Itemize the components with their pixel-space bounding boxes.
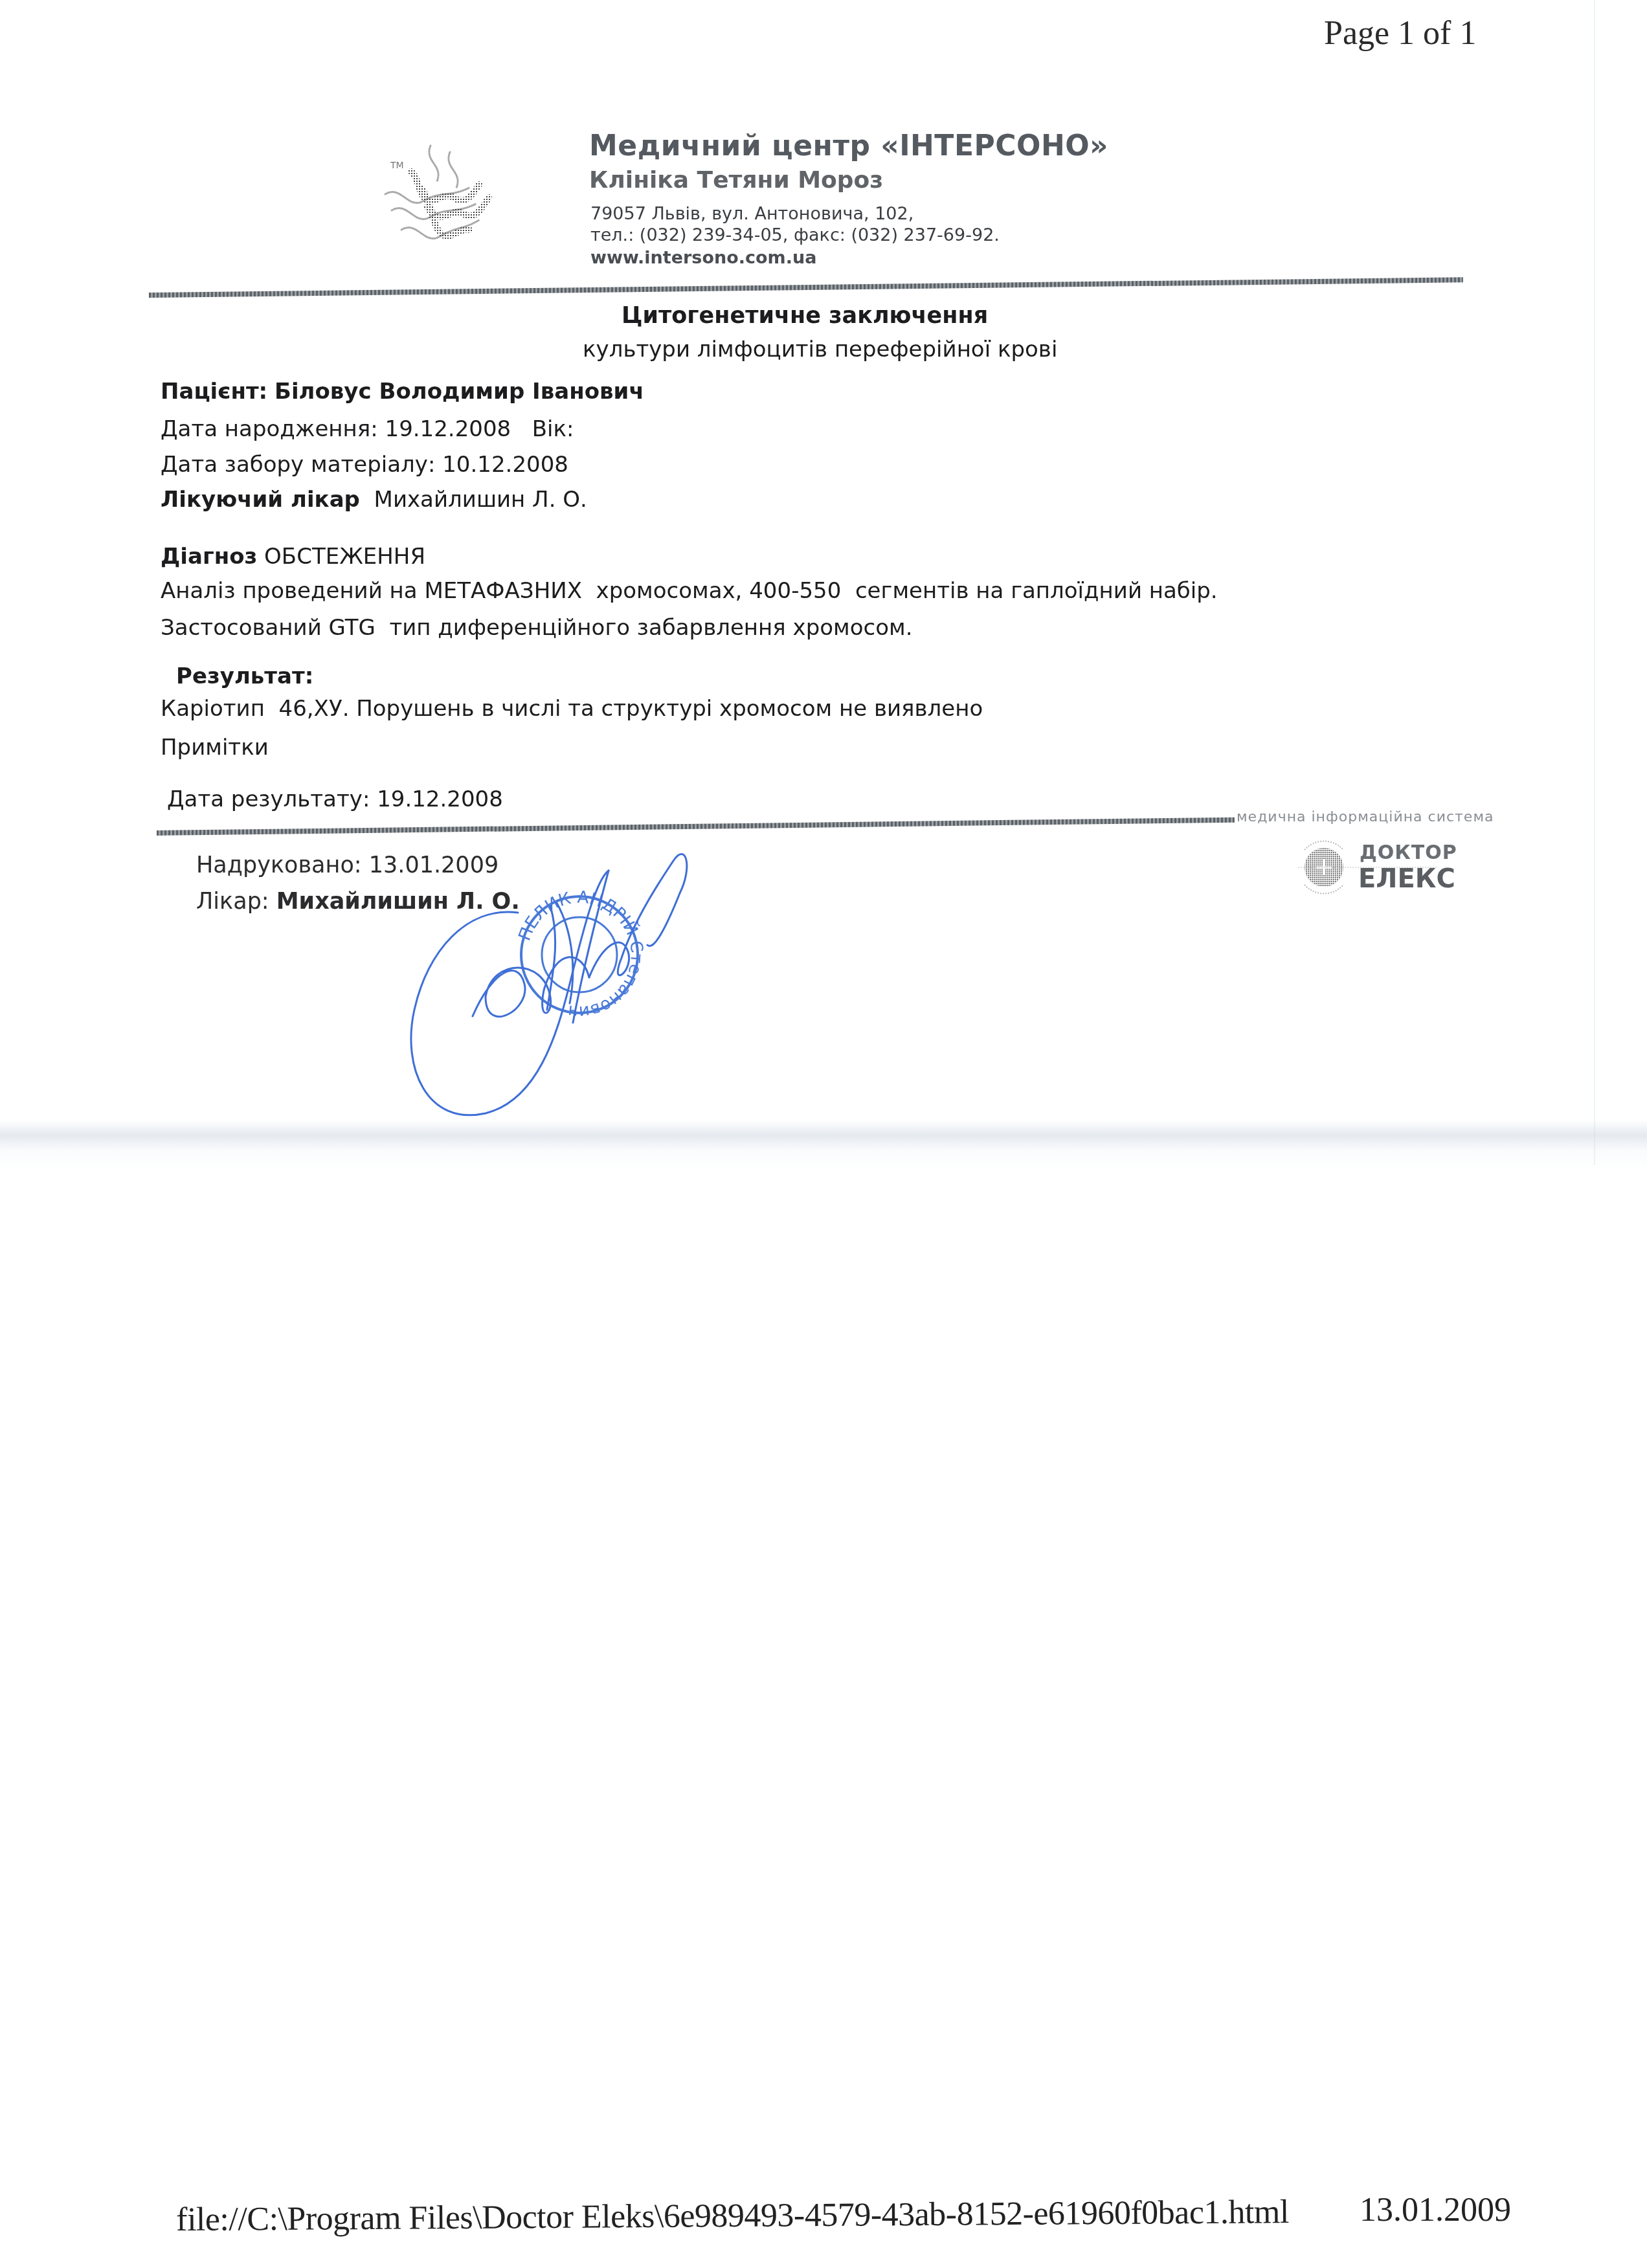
report-subtitle: культури лімфоцитів переферійної крові: [583, 337, 1057, 362]
diagnosis-value: ОБСТЕЖЕННЯ: [264, 544, 425, 570]
result-date-label: Дата результату:: [167, 786, 370, 812]
system-tagline: медична інформаційна система: [1237, 809, 1494, 825]
sample-date-label: Дата забору матеріалу:: [161, 452, 435, 478]
page-footer-url: file://C:\Program Files\Doctor Eleks\6e9…: [176, 2193, 1289, 2239]
system-name-line1: ДОКТОР: [1360, 841, 1457, 864]
page-number: Page 1 of 1: [1324, 14, 1476, 52]
wave-logo-icon: TM: [372, 139, 499, 262]
patient-name: Біловус Володимир Іванович: [274, 379, 644, 405]
result-date-row: Дата результату: 19.12.2008: [167, 786, 503, 812]
footer-divider: [157, 817, 1235, 836]
doctor-label: Лікар:: [196, 889, 269, 915]
birth-date-row: Дата народження: 19.12.2008 Вік:: [161, 416, 574, 442]
svg-text:ПЕЛИК АНДРІЙ Степанович: ПЕЛИК АНДРІЙ Степанович: [515, 888, 647, 1022]
analysis-line: Аналіз проведений на МЕТАФАЗНИХ хромосом…: [161, 578, 1218, 604]
patient-row: Пацієнт: Біловус Володимир Іванович: [161, 379, 644, 405]
diagnosis-label: Діагноз: [161, 544, 257, 570]
attending-label: Лікуючий лікар: [161, 487, 360, 513]
system-name-line2: ЕЛЕКС: [1358, 864, 1455, 894]
patient-label: Пацієнт:: [161, 379, 267, 405]
notes-label: Примітки: [161, 735, 269, 761]
clinic-phones: тел.: (032) 239-34-05, факс: (032) 237-6…: [590, 225, 1000, 245]
result-date-value: 19.12.2008: [377, 786, 503, 812]
sample-date-row: Дата забору матеріалу: 10.12.2008: [161, 452, 568, 478]
scan-edge: [1594, 0, 1595, 1165]
attending-row: Лікуючий лікар Михайлишин Л. О.: [161, 487, 587, 513]
age-label: Вік:: [532, 416, 574, 442]
birth-date-value: 19.12.2008: [385, 416, 511, 442]
header-divider: [149, 277, 1463, 298]
printed-label: Надруковано:: [196, 852, 362, 878]
staining-line: Застосований GTG тип диференційного заба…: [161, 615, 912, 641]
svg-text:TM: TM: [390, 161, 404, 171]
clinic-name: Медичний центр «ІНТЕРСОНО»: [589, 129, 1108, 162]
page-footer-date: 13.01.2009: [1360, 2191, 1511, 2229]
diagnosis-row: Діагноз ОБСТЕЖЕННЯ: [161, 544, 425, 570]
result-label: Результат:: [176, 663, 313, 689]
clinic-address: 79057 Львів, вул. Антоновича, 102,: [590, 204, 913, 224]
paper-fold-line: [0, 1120, 1647, 1172]
clinic-website[interactable]: www.intersono.com.ua: [590, 248, 816, 268]
result-text: Каріотип 46,XУ. Порушень в числі та стру…: [161, 696, 983, 722]
sample-date-value: 10.12.2008: [442, 452, 568, 478]
birth-date-label: Дата народження:: [161, 416, 378, 442]
report-title: Цитогенетичне заключення: [622, 303, 988, 329]
stamp-seal: ПЕЛИК АНДРІЙ Степанович: [515, 888, 647, 1022]
handwritten-signature-icon: ПЕЛИК АНДРІЙ Степанович: [388, 841, 777, 1139]
clinic-subname: Клініка Тетяни Мороз: [589, 167, 883, 194]
attending-name: Михайлишин Л. О.: [374, 487, 587, 513]
